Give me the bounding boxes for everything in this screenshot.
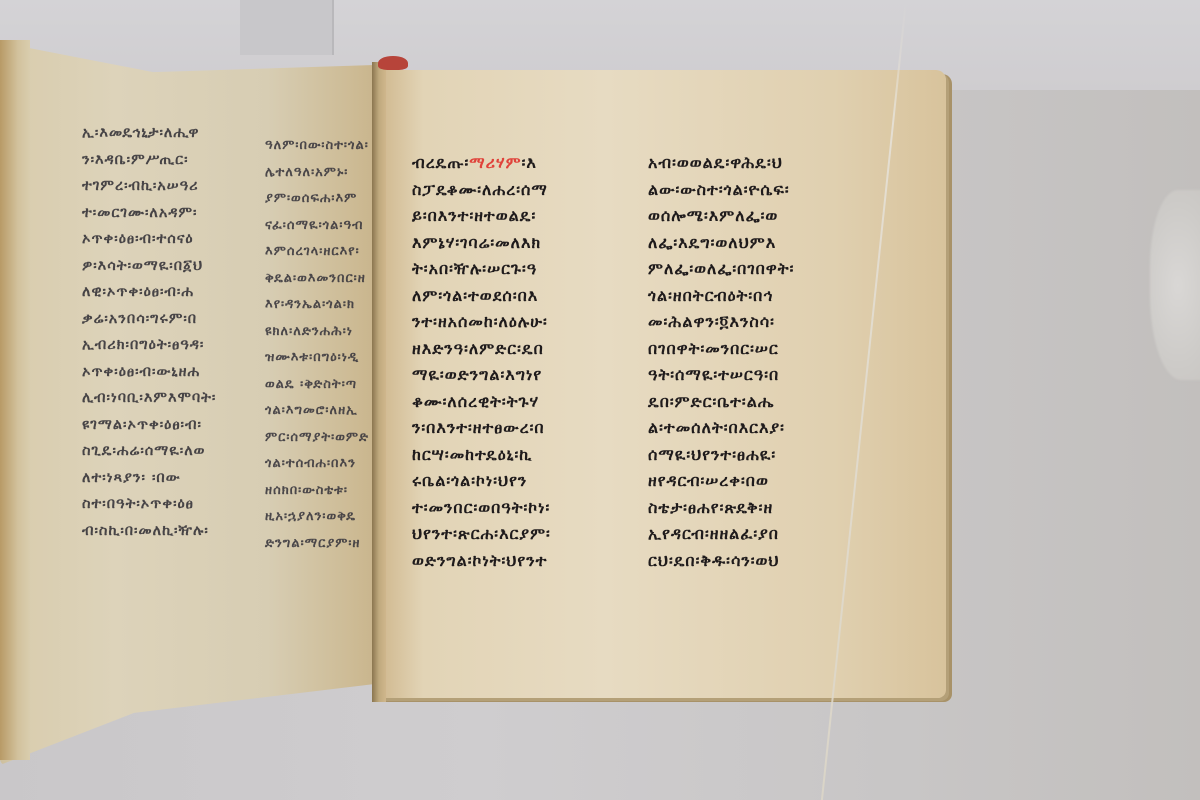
book-gutter <box>372 62 386 702</box>
text-line: ዩክለ፡ለድንሐሕ፡ነ <box>265 319 369 346</box>
text-line: በገበዋት፡መንበር፡ሠር <box>648 336 794 363</box>
rubric-text: ማሪሃም <box>469 153 521 172</box>
text-line: ለተ፡ነጻያን፡ ፡በው <box>82 465 216 492</box>
text-line: ዩገማል፡ኦጥቀ፡ዕፀ፡ብ፡ <box>82 412 216 439</box>
text-line: ኢብሪክ፡በግዕት፡ፀዓዳ፡ <box>82 332 216 359</box>
text-line: ስፓዴቆሙ፡ለሐረ፡ሰማ <box>412 177 551 204</box>
text-line: ንተ፡ዘአሰመከ፡ለዕሉሁ፡ <box>412 309 551 336</box>
text-line: እምኔሃ፡ገባሬ፡መለእክ <box>412 230 551 257</box>
text-line: ዘሰክበ፡ውስቴቱ፡ <box>265 478 369 505</box>
text-line: ኦጥቀ፡ዕፀ፡ብ፡ተሰናዕ <box>82 226 216 253</box>
text-line: እምሰረገላ፡ዘርእየ፡ <box>265 239 369 266</box>
text-line: ቅዴል፡ወእመንበር፡ዘ <box>265 266 369 293</box>
text-line: ን፡እዳቤ፡ምሥጢር፡ <box>82 147 216 174</box>
text-line: ያም፡ወሰፍሐ፡እም <box>265 186 369 213</box>
text-line: ስተ፡በዓት፡ኦጥቀ፡ዕፀ <box>82 491 216 518</box>
text-line: ለዊ፡ኦጥቀ፡ዕፀ፡ብ፡ሐ <box>82 279 216 306</box>
red-thread-marker <box>378 56 408 70</box>
text-line: መ፡ሕልዋን፡፬እንስሳ፡ <box>648 309 794 336</box>
text-line: ዓለም፡በው፡ስተ፡ጎል፡ <box>265 133 369 160</box>
text-line: ወልዴ ፡ቅድስት፡ጣ <box>265 372 369 399</box>
text-line: ብ፡ስኪ፡በ፡መለኪ፡ዥሉ፡ <box>82 518 216 545</box>
text-line: ወሰሎሜ፡እምለፌ፡ወ <box>648 203 794 230</box>
text-line: ርህ፡ዴበ፡ቅዱ፡ሳን፡ወህ <box>648 548 794 575</box>
text-line: ማዪ፡ወድንግል፡እግነየ <box>412 362 551 389</box>
text-line: ሌተለዓለ፡አምኑ፡ <box>265 160 369 187</box>
text-line: እየ፡ዳንኤል፡ጎል፡ክ <box>265 292 369 319</box>
book-spine <box>0 40 30 760</box>
text-line: ኢየዳርብ፡ዘዘልፈ፡ያበ <box>648 521 794 548</box>
text-line: ምለፌ፡ወለፌ፡በገበዋት፡ <box>648 256 794 283</box>
text-line: ወድንግል፡ኮነት፡ህየንተ <box>412 548 551 575</box>
text-line: ከርሣ፡መከተዴዕኒ፡ኪ <box>412 442 551 469</box>
left-page-column-b: ዓለም፡በው፡ስተ፡ጎል፡ ሌተለዓለ፡አምኑ፡ ያም፡ወሰፍሐ፡እም ናፈ፡ሰ… <box>265 133 369 557</box>
text-line: ለፌ፡እዴግ፡ወለህምእ <box>648 230 794 257</box>
left-page-column-a: ኢ፡እመዴኅኒታ፡ለሒዋ ን፡እዳቤ፡ምሥጢር፡ ተገምረ፡ብኪ፡አሠዓሪ ተ፡… <box>82 120 216 544</box>
text-line: አብ፡ወወልዴ፡ዋሕዴ፡ህ <box>648 150 794 177</box>
text-line: ጎል፡ዘበትርብዕት፡በኅ <box>648 283 794 310</box>
text-line: ዚአ፡ኋያለን፡ወቅዴ <box>265 504 369 531</box>
text-line: ህየንተ፡ጽርሐ፡እርያም፡ <box>412 521 551 548</box>
right-page-column-a: ብረዴጡ፡ማሪሃም፡እ ስፓዴቆሙ፡ለሐረ፡ሰማ ይ፡በእንተ፡ዘተወልዴ፡ እ… <box>412 150 551 574</box>
text-line: ል፡ተመሰለት፡በእርእያ፡ <box>648 415 794 442</box>
text-line: ጎል፡እግመሮ፡ለዘኢ <box>265 398 369 425</box>
text-line: ኦጥቀ፡ዕፀ፡ብ፡ውኒዘሐ <box>82 359 216 386</box>
text-line: ስጊዴ፡ሐሬ፡ሰማዪ፡ለወ <box>82 438 216 465</box>
text-line: ለም፡ጎል፡ተወደሰ፡በእ <box>412 283 551 310</box>
text-line: ን፡በእንተ፡ዘተፀውረ፡በ <box>412 415 551 442</box>
text-line: ናፈ፡ሰማዪ፡ጎል፡ዓብ <box>265 213 369 240</box>
text-line: ተ፡መንበር፡ወበዓት፡ኮነ፡ <box>412 495 551 522</box>
text-line: ዘየዳርብ፡ሠረቀ፡በወ <box>648 468 794 495</box>
text-line: ቆሙ፡ለሰረዊት፡ትጉሃ <box>412 389 551 416</box>
text-line: ዓት፡ሰማዪ፡ተሠርዓ፡በ <box>648 362 794 389</box>
text-line: ሊብ፡ነባቢ፡እምእሞባት፡ <box>82 385 216 412</box>
background-panel <box>240 0 334 55</box>
text-line: ሩቤል፡ጎል፡ኮነ፡ህየን <box>412 468 551 495</box>
text-line: ተ፡መርገሙ፡ለአዳም፡ <box>82 200 216 227</box>
text-line: ብረዴጡ፡ማሪሃም፡እ <box>412 150 551 177</box>
text-line: ኢ፡እመዴኅኒታ፡ለሒዋ <box>82 120 216 147</box>
text-line: ዎ፡እሳት፡ወማዪ፡በ፩ህ <box>82 253 216 280</box>
text-line: ዘእድንዓ፡ለምድር፡ዴበ <box>412 336 551 363</box>
text-line: ጎል፡ተሰብሐ፡በእን <box>265 451 369 478</box>
text-line: ምር፡ሰማያት፡ወምድ <box>265 425 369 452</box>
text-line: ዝሙእቱ፡በግዕ፡ነዲ <box>265 345 369 372</box>
text-line: ድንግል፡ማርያም፡ዘ <box>265 531 369 558</box>
text-line: ሰማዪ፡ህየንተ፡ፀሐዪ፡ <box>648 442 794 469</box>
text-line: ት፡አበ፡ዥሉ፡ሠርጉ፡ዓ <box>412 256 551 283</box>
text-line: ስቴታ፡ፀሐየ፡ጽዴቅ፡ዘ <box>648 495 794 522</box>
cotton-support <box>1150 190 1200 380</box>
text-line: ተገምረ፡ብኪ፡አሠዓሪ <box>82 173 216 200</box>
text-line: ይ፡በእንተ፡ዘተወልዴ፡ <box>412 203 551 230</box>
text-line: ዴበ፡ምድር፡ቤተ፡ልሔ <box>648 389 794 416</box>
text-line: ቃሬ፡አንበሳ፡ግሩም፡በ <box>82 306 216 333</box>
right-page-column-b: አብ፡ወወልዴ፡ዋሕዴ፡ህ ልው፡ውስተ፡ጎል፡ዮሴፍ፡ ወሰሎሜ፡እምለፌ፡ወ… <box>648 150 794 574</box>
text-line: ልው፡ውስተ፡ጎል፡ዮሴፍ፡ <box>648 177 794 204</box>
